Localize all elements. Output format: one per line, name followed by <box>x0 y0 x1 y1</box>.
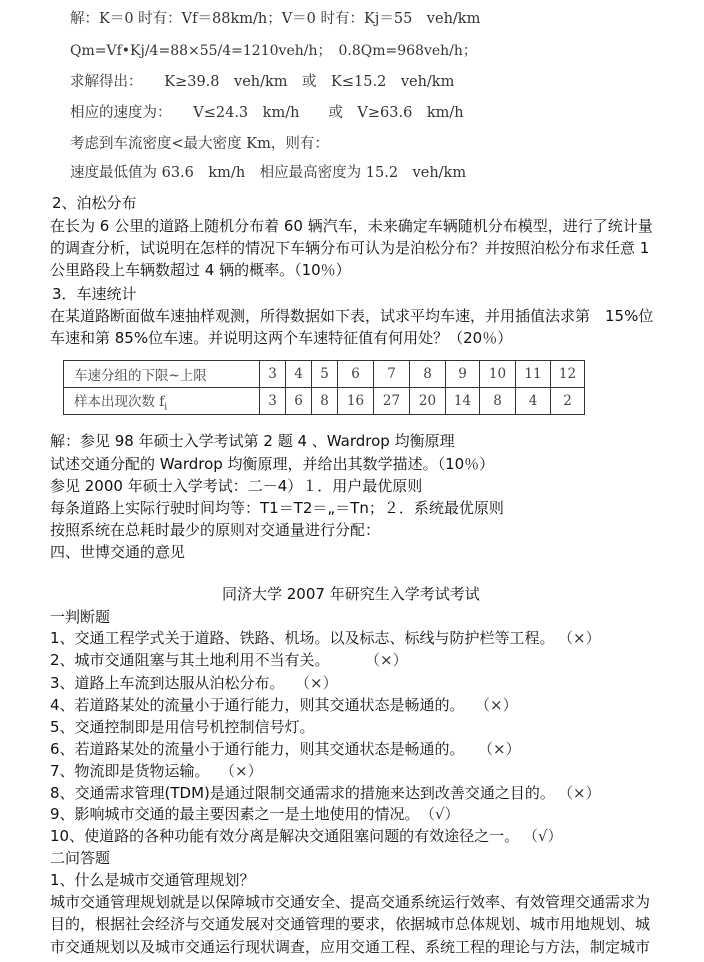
speed-body-line-1: 在某道路断面做车速抽样观测，所得数据如下表，试求平均车速，并用插值法求第 15%… <box>50 309 653 324</box>
judgment-mark: （×） <box>295 676 338 691</box>
table-cell: 12 <box>551 361 585 388</box>
table-cell: 4 <box>286 361 312 388</box>
table-cell: 8 <box>480 388 516 415</box>
row-header-speed-group: 车速分组的下限~上限 <box>64 361 260 388</box>
poisson-body-line-3: 公里路段上车辆数超过 4 辆的概率。（10％） <box>50 263 351 278</box>
judgment-text: 9、影响城市交通的最主要因素之一是土地使用的情况。 <box>50 805 420 823</box>
section-heading-poisson: 2、泊松分布 <box>52 196 137 211</box>
judgment-text: 10、使道路的各种功能有效分离是解决交通阻塞问题的有效途径之一。 <box>50 827 519 845</box>
table-cell: 2 <box>551 388 585 415</box>
judgment-mark: （×） <box>558 631 601 646</box>
judgment-text: 2、城市交通阻塞与其土地利用不当有关。 <box>50 651 330 669</box>
judgment-item-5: 5、交通控制即是用信号机控制信号灯。 <box>50 720 315 735</box>
exam-title: 同济大学 2007 年研究生入学考试考试 <box>222 587 480 602</box>
wardrop-line-5: 按照系统在总耗时最少的原则对交通量进行分配： <box>50 523 380 538</box>
solution-line-6: 速度最低值为 63.6 km/h 相应最高密度为 15.2 veh/km <box>70 166 466 181</box>
judgment-mark: （×） <box>478 742 521 757</box>
table-row-frequencies: 样本出现次数 fi 3 6 8 16 27 20 14 8 4 2 <box>64 388 585 415</box>
question-1-body-line-3: 市交通规划以及城市交通运行现状调查，应用交通工程、系统工程的理论与方法，制定城市 <box>50 940 650 955</box>
judgment-item-9: 9、影响城市交通的最主要因素之一是土地使用的情况。 （√） <box>50 807 420 822</box>
wardrop-line-6: 四、世博交通的意见 <box>50 545 185 560</box>
subscript-i: i <box>164 402 167 412</box>
question-1-body-line-1: 城市交通管理规划就是以保障城市交通安全、提高交通系统运行效率、有效管理交通需求为 <box>50 895 650 910</box>
part2-heading: 二问答题 <box>50 851 110 866</box>
table-cell: 9 <box>446 361 480 388</box>
wardrop-line-2: 试述交通分配的 Wardrop 均衡原理，并给出其数学描述。（10％） <box>50 457 494 472</box>
judgment-text: 6、若道路某处的流量小于通行能力，则其交通状态是畅通的。 <box>50 740 465 758</box>
table-cell: 6 <box>286 388 312 415</box>
table-row-speed-groups: 车速分组的下限~上限 3 4 5 6 7 8 9 10 11 12 <box>64 361 585 388</box>
judgment-text: 5、交通控制即是用信号机控制信号灯。 <box>50 718 315 736</box>
wardrop-line-3: 参见 2000 年硕士入学考试：二－4）１．用户最优原则 <box>50 479 422 494</box>
table-cell: 20 <box>410 388 446 415</box>
judgment-text: 7、物流即是货物运输。 <box>50 762 210 780</box>
judgment-text: 1、交通工程学式关于道路、铁路、机场。以及标志、标线与防护栏等工程。 <box>50 629 555 647</box>
judgment-item-7: 7、物流即是货物运输。 （×） <box>50 764 210 779</box>
solution-line-2: Qm=Vf•Kj/4=88×55/4=1210veh/h； 0.8Qm=968v… <box>70 44 477 58</box>
question-1-heading: 1、什么是城市交通管理规划？ <box>50 873 255 888</box>
table-cell: 14 <box>446 388 480 415</box>
speed-frequency-table: 车速分组的下限~上限 3 4 5 6 7 8 9 10 11 12 样本出现次数… <box>63 360 585 415</box>
wardrop-line-1: 解：参见 98 年硕士入学考试第 2 题 4 、Wardrop 均衡原理 <box>50 434 455 449</box>
judgment-text: 3、道路上车流到达服从泊松分布。 <box>50 674 285 692</box>
table-cell: 6 <box>338 361 374 388</box>
table-cell: 16 <box>338 388 374 415</box>
judgment-mark: （×） <box>475 698 518 713</box>
solution-line-3: 求解得出： K≥39.8 veh/km 或 K≤15.2 veh/km <box>70 75 454 90</box>
poisson-body-line-2: 的调查分析，试说明在怎样的情况下车辆分布可认为是泊松分布？并按照泊松分布求任意 … <box>50 241 649 256</box>
table-cell: 11 <box>516 361 551 388</box>
judgment-mark: （√） <box>523 829 563 844</box>
section-heading-speed: 3．车速统计 <box>52 287 137 302</box>
judgment-item-2: 2、城市交通阻塞与其土地利用不当有关。 （×） <box>50 653 330 668</box>
judgment-item-4: 4、若道路某处的流量小于通行能力，则其交通状态是畅通的。 （×） <box>50 698 465 713</box>
judgment-text: 4、若道路某处的流量小于通行能力，则其交通状态是畅通的。 <box>50 696 465 714</box>
speed-body-line-2: 车速和第 85%位车速。并说明这两个车速特征值有何用处？（20％） <box>50 331 512 346</box>
table-cell: 8 <box>312 388 338 415</box>
judgment-text: 8、交通需求管理(TDM)是通过限制交通需求的措施来达到改善交通之目的。 <box>50 784 555 802</box>
table-cell: 3 <box>260 388 286 415</box>
judgment-mark: （×） <box>558 786 601 801</box>
row-header-frequency-label: 样本出现次数 f <box>74 394 164 410</box>
judgment-item-1: 1、交通工程学式关于道路、铁路、机场。以及标志、标线与防护栏等工程。 （×） <box>50 631 555 646</box>
judgment-mark: （×） <box>220 764 263 779</box>
table-cell: 4 <box>516 388 551 415</box>
solution-line-1: 解：K＝0 时有：Vf＝88km/h；V＝0 时有：Kj＝55 veh/km <box>70 12 480 27</box>
solution-line-4: 相应的速度为： V≤24.3 km/h 或 V≥63.6 km/h <box>70 106 464 121</box>
question-1-body-line-2: 目的，根据社会经济与交通发展对交通管理的要求，依据城市总体规划、城市用地规划、城 <box>50 917 650 932</box>
judgment-item-8: 8、交通需求管理(TDM)是通过限制交通需求的措施来达到改善交通之目的。 （×） <box>50 786 555 801</box>
table-cell: 3 <box>260 361 286 388</box>
table-cell: 27 <box>374 388 410 415</box>
judgment-mark: （√） <box>420 807 460 822</box>
table-cell: 7 <box>374 361 410 388</box>
row-header-frequency: 样本出现次数 fi <box>64 388 260 415</box>
solution-line-5: 考虑到车流密度<最大密度 Km，则有： <box>70 137 329 152</box>
table-cell: 8 <box>410 361 446 388</box>
table-cell: 5 <box>312 361 338 388</box>
judgment-item-6: 6、若道路某处的流量小于通行能力，则其交通状态是畅通的。 （×） <box>50 742 465 757</box>
part1-heading: 一判断题 <box>50 610 110 625</box>
judgment-item-10: 10、使道路的各种功能有效分离是解决交通阻塞问题的有效途径之一。 （√） <box>50 829 519 844</box>
judgment-item-3: 3、道路上车流到达服从泊松分布。 （×） <box>50 676 285 691</box>
table-cell: 10 <box>480 361 516 388</box>
judgment-mark: （×） <box>365 653 408 668</box>
wardrop-line-4: 每条道路上实际行驶时间均等：T1＝T2＝„＝Tn；２．系统最优原则 <box>50 501 504 516</box>
poisson-body-line-1: 在长为 6 公里的道路上随机分布着 60 辆汽车，未来确定车辆随机分布模型，进行… <box>50 219 653 234</box>
